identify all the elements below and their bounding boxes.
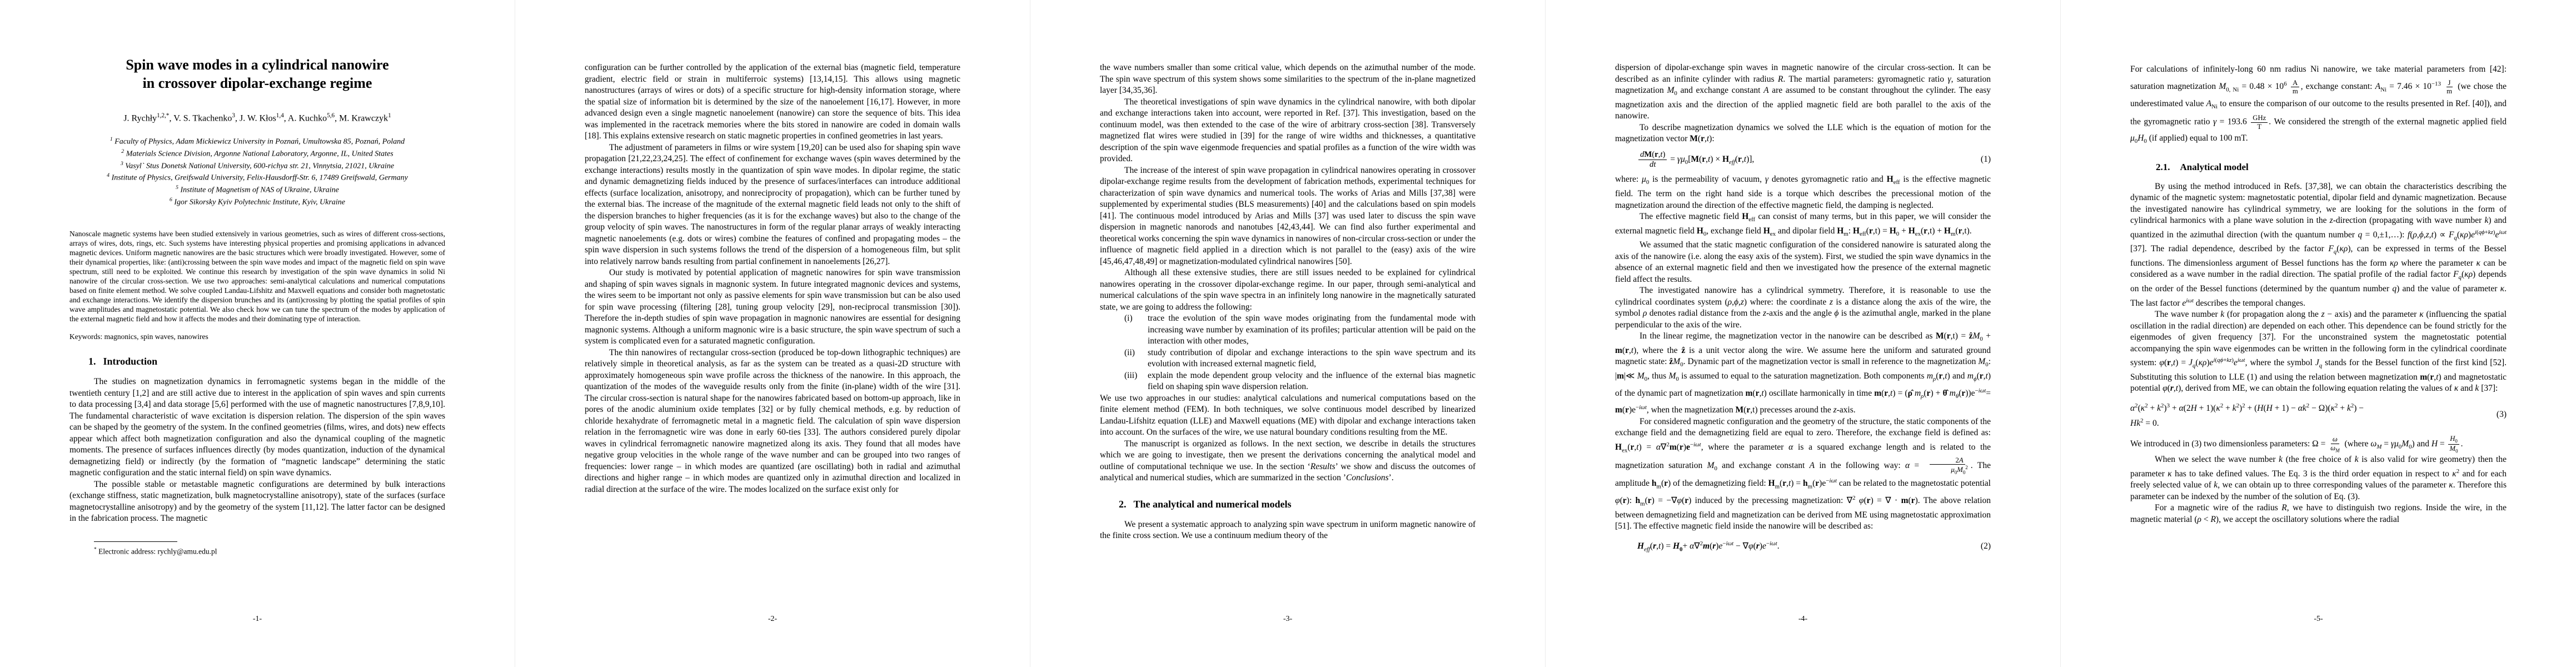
page-number: -4-	[1546, 615, 2060, 624]
paragraph: The studies on magnetization dynamics in…	[69, 376, 445, 479]
paragraph: We introduced in (3) two dimensionless p…	[2130, 435, 2507, 454]
paragraph: In the linear regime, the magnetization …	[1615, 331, 1991, 416]
list-item-i: (i)trace the evolution of the spin wave …	[1100, 313, 1476, 347]
paper-spread: Spin wave modes in a cylindrical nanowir…	[0, 0, 2576, 667]
paper-title: Spin wave modes in a cylindrical nanowir…	[69, 56, 445, 92]
affiliation: 1 Faculty of Physics, Adam Mickiewicz Un…	[69, 135, 445, 147]
paragraph: For a magnetic wire of the radius R, we …	[2130, 502, 2507, 525]
paper-title-line1: Spin wave modes in a cylindrical nanowir…	[126, 57, 388, 73]
section-heading-models: 2.The analytical and numerical models	[1119, 499, 1476, 510]
equation-1-number: (1)	[1981, 155, 1991, 165]
list-item-iii: (iii)explain the mode dependent group ve…	[1100, 370, 1476, 393]
paragraph: The possible stable or metastable magnet…	[69, 479, 445, 525]
paragraph: The adjustment of parameters in films or…	[585, 142, 960, 268]
page-number: -1-	[0, 615, 515, 624]
affiliation: 4 Institute of Physics, Greifswald Unive…	[69, 171, 445, 183]
equation-3-number: (3)	[2497, 410, 2507, 420]
footnote-rule	[94, 541, 177, 542]
authors-line: J. Rychły1,2,*, V. S. Tkachenko3, J. W. …	[69, 112, 445, 123]
abstract: Nanoscale magnetic systems have been stu…	[69, 229, 445, 323]
paragraph: The manuscript is organized as follows. …	[1100, 439, 1476, 484]
paragraph: By using the method introduced in Refs. …	[2130, 181, 2507, 310]
paragraph: For considered magnetic configuration an…	[1615, 416, 1991, 532]
paragraph: The effective magnetic field Heff can co…	[1615, 211, 1991, 240]
paragraph: We present a systematic approach to anal…	[1100, 519, 1476, 542]
equation-1: dM(r,t)dt = γμ0[M(r,t) × Heff(r,t)], (1)	[1615, 150, 1991, 170]
page-4: dispersion of dipolar-exchange spin wave…	[1546, 0, 2061, 667]
paragraph: Our study is motivated by potential appl…	[585, 267, 960, 347]
paragraph: When we select the wave number k (the fr…	[2130, 454, 2507, 502]
paragraph: the wave numbers smaller than some criti…	[1100, 62, 1476, 97]
paragraph: We use two approaches in our studies: an…	[1100, 393, 1476, 439]
page-number: -5-	[2061, 615, 2576, 624]
affiliation: 3 Vasyl` Stus Donetsk National Universit…	[69, 159, 445, 171]
equation-3: α2(κ2 + k2)3 + α(2H + 1)(κ2 + k2)2 + (H(…	[2130, 400, 2507, 430]
paragraph: The increase of the interest of spin wav…	[1100, 165, 1476, 268]
paragraph: We assumed that the static magnetic conf…	[1615, 240, 1991, 285]
paragraph: The wave number k (for propagation along…	[2130, 309, 2507, 395]
paragraph: The thin nanowires of rectangular cross-…	[585, 347, 960, 496]
page-1: Spin wave modes in a cylindrical nanowir…	[0, 0, 515, 667]
affiliation: 5 Institute of Magnetism of NAS of Ukrai…	[69, 183, 445, 195]
page-number: -3-	[1030, 615, 1545, 624]
section-heading-analytical-model: 2.1.Analytical model	[2156, 162, 2507, 173]
section-heading-introduction: 1.Introduction	[88, 356, 445, 367]
paper-title-line2: in crossover dipolar-exchange regime	[143, 75, 372, 91]
page-5: For calculations of infinitely-long 60 n…	[2061, 0, 2576, 667]
equation-2-body: Heff(r,t) = H0+ α∇2m(r)e−iωt − ∇φ(r)e−iω…	[1615, 537, 1981, 555]
paragraph: For calculations of infinitely-long 60 n…	[2130, 62, 2507, 148]
page-number: -2-	[515, 615, 1030, 624]
paragraph: The theoretical investigations of spin w…	[1100, 97, 1476, 165]
paragraph: The investigated nanowire has a cylindri…	[1615, 285, 1991, 331]
keywords-line: Keywords: magnonics, spin waves, nanowir…	[69, 332, 445, 341]
paragraph: To describe magnetization dynamics we so…	[1615, 122, 1991, 145]
affiliations: 1 Faculty of Physics, Adam Mickiewicz Un…	[69, 135, 445, 207]
paragraph: where: μ0 is the permeability of vacuum,…	[1615, 174, 1991, 211]
page-2: configuration can be further controlled …	[515, 0, 1030, 667]
equation-2-number: (2)	[1981, 541, 1991, 551]
page-3: the wave numbers smaller than some criti…	[1030, 0, 1546, 667]
paragraph: configuration can be further controlled …	[585, 62, 960, 142]
footnote-email: * Electronic address: rychly@amu.edu.pl	[94, 547, 445, 556]
equation-1-body: dM(r,t)dt = γμ0[M(r,t) × Heff(r,t)],	[1615, 150, 1981, 170]
affiliation: 2 Materials Science Division, Argonne Na…	[69, 147, 445, 159]
affiliation: 6 Igor Sikorsky Kyiv Polytechnic Institu…	[69, 195, 445, 207]
paragraph: Although all these extensive studies, th…	[1100, 267, 1476, 313]
list-item-ii: (ii)study contribution of dipolar and ex…	[1100, 347, 1476, 370]
equation-3-body: α2(κ2 + k2)3 + α(2H + 1)(κ2 + k2)2 + (H(…	[2130, 400, 2497, 430]
paragraph: dispersion of dipolar-exchange spin wave…	[1615, 62, 1991, 122]
equation-2: Heff(r,t) = H0+ α∇2m(r)e−iωt − ∇φ(r)e−iω…	[1615, 537, 1991, 555]
